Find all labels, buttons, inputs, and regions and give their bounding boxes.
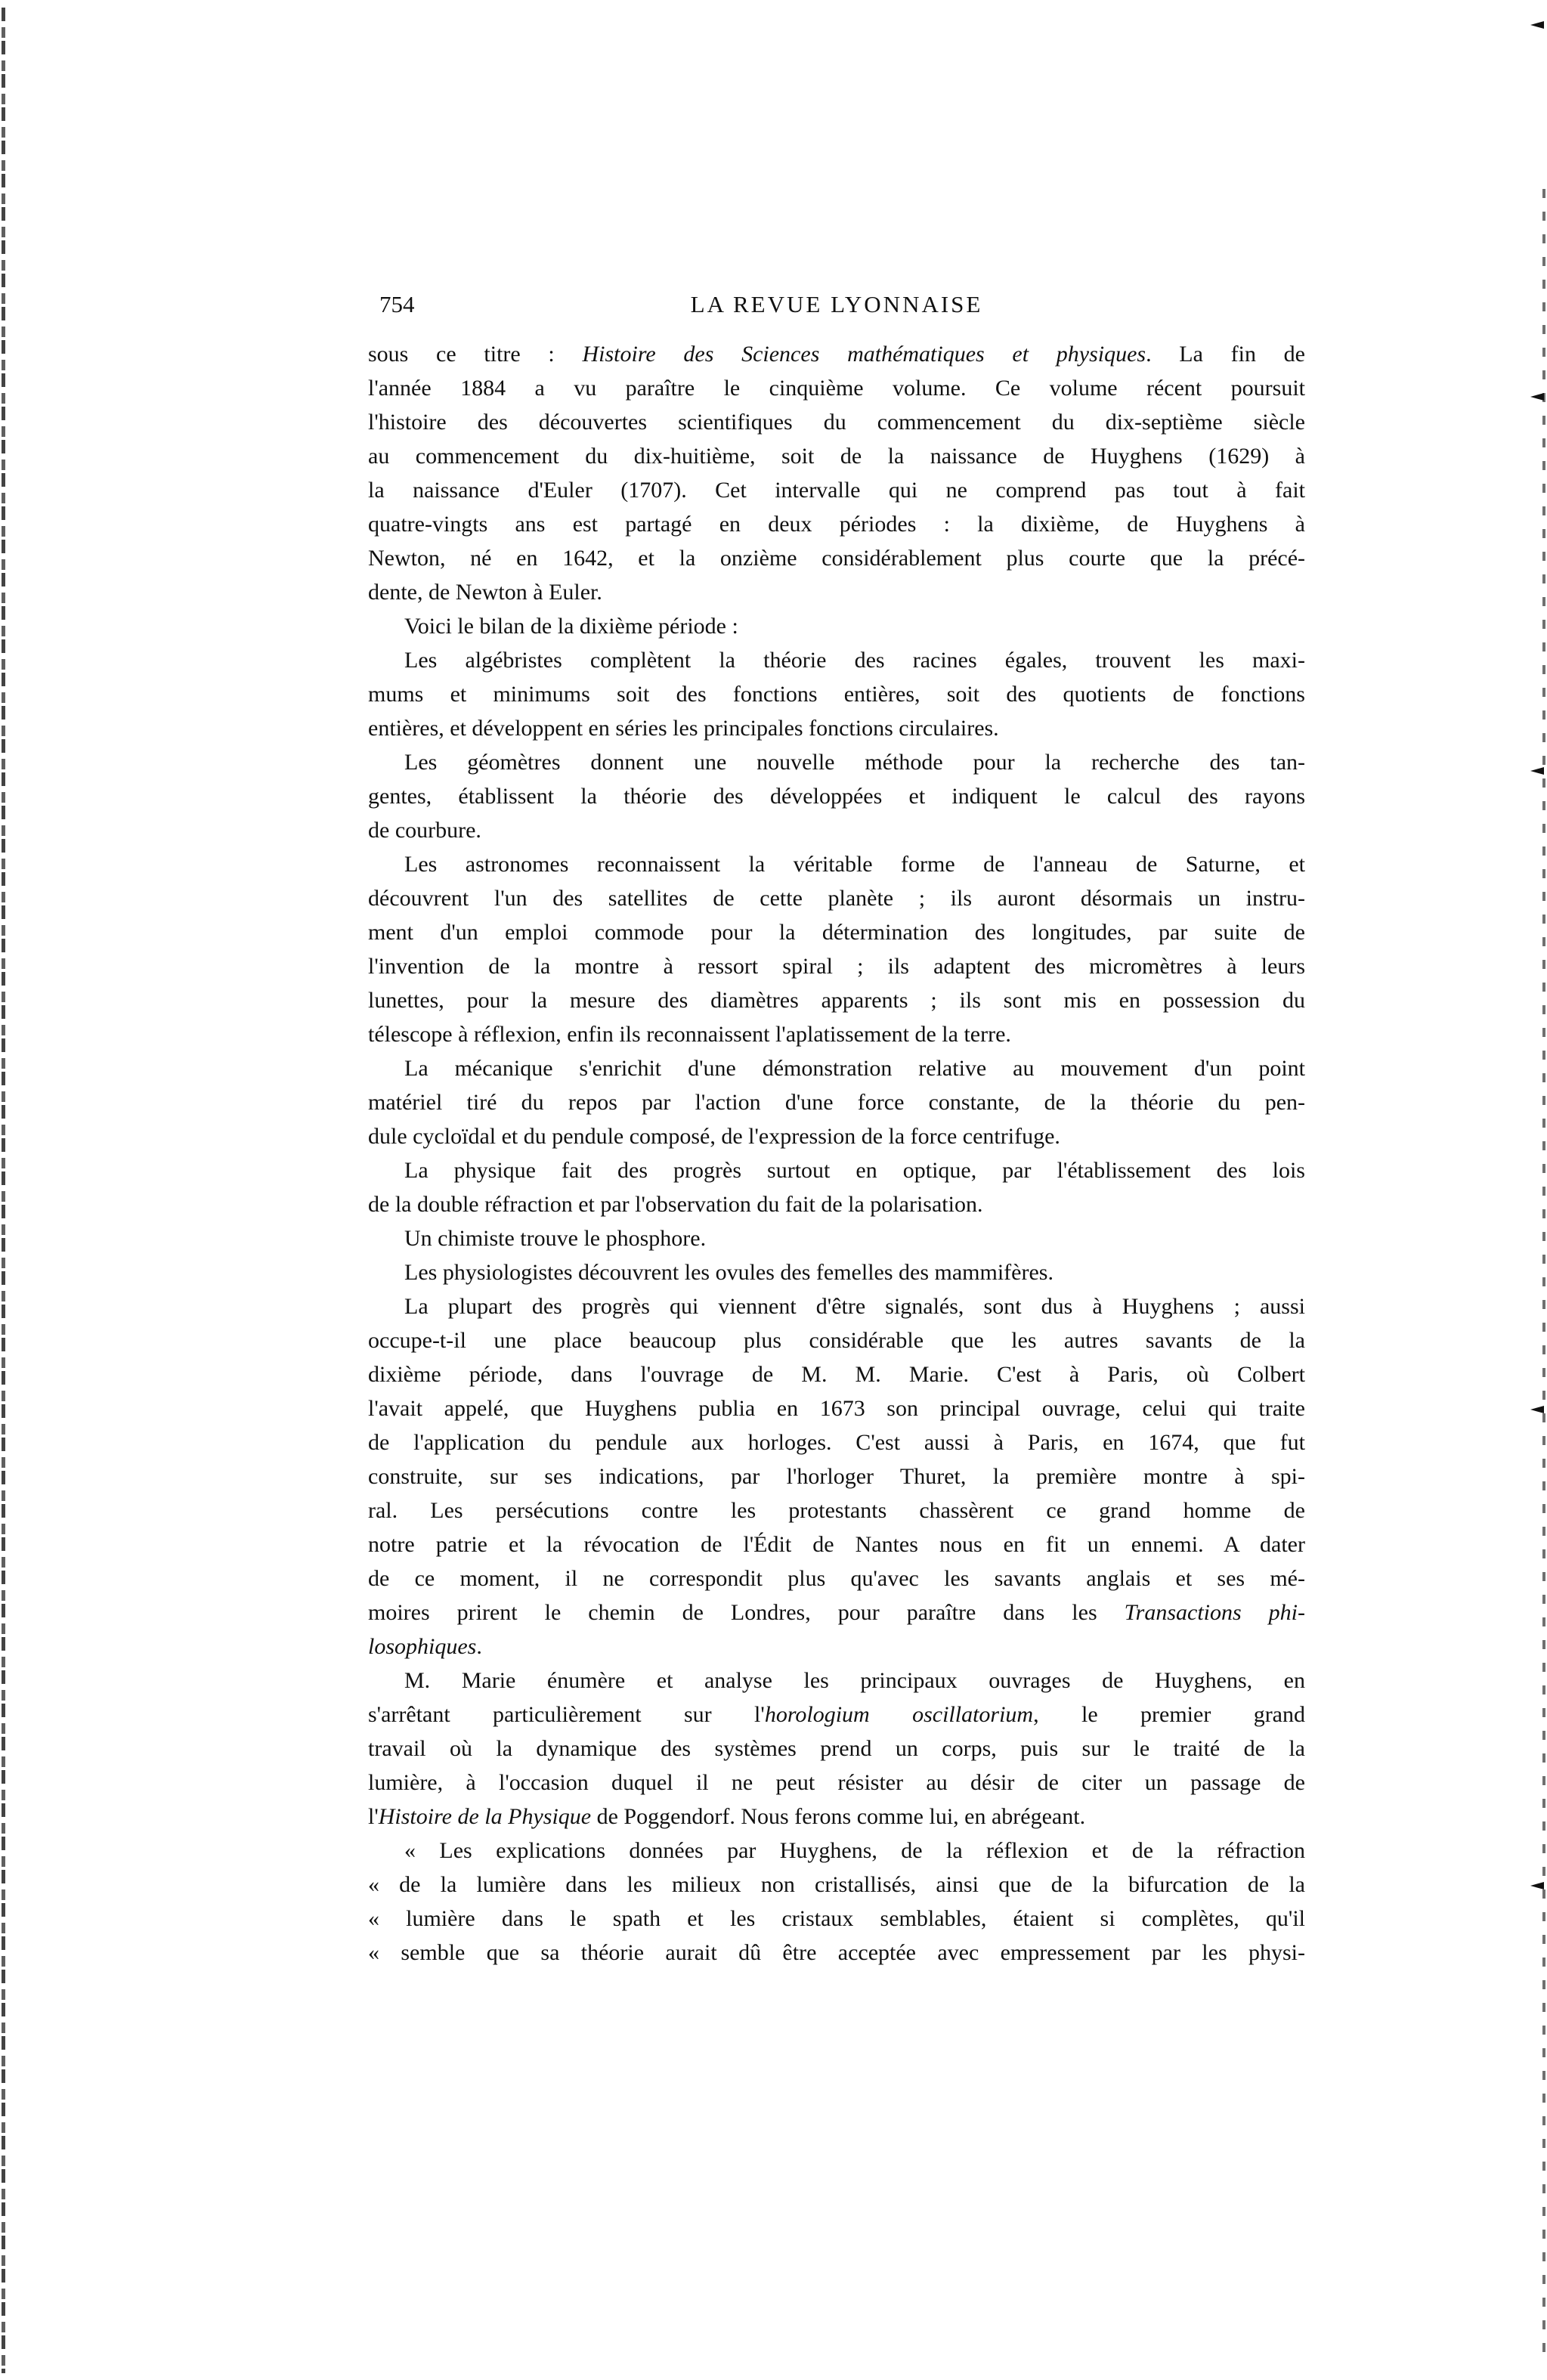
- text-line: l'histoire des découvertes scientifiques…: [368, 405, 1305, 439]
- text-line: de la double réfraction et par l'observa…: [368, 1187, 1305, 1221]
- text-line: construite, sur ses indications, par l'h…: [368, 1459, 1305, 1493]
- line-text: matériel tiré du repos par l'action d'un…: [368, 1090, 1305, 1115]
- text-line: la naissance d'Euler (1707). Cet interva…: [368, 473, 1305, 507]
- line-text: , le premier grand: [1033, 1702, 1305, 1727]
- line-text: travail où la dynamique des systèmes pre…: [368, 1736, 1305, 1761]
- text-line: Les physiologistes découvrent les ovules…: [368, 1255, 1305, 1289]
- text-line: notre patrie et la révocation de l'Édit …: [368, 1527, 1305, 1561]
- text-line: sous ce titre : Histoire des Sciences ma…: [368, 337, 1305, 371]
- text-line: entières, et développent en séries les p…: [368, 711, 1305, 745]
- text-line: dixième période, dans l'ouvrage de M. M.…: [368, 1357, 1305, 1391]
- line-text: quatre-vingts ans est partagé en deux pé…: [368, 512, 1305, 537]
- line-text: l'avait appelé, que Huyghens publia en 1…: [368, 1396, 1305, 1421]
- line-text: Voici le bilan de la dixième période :: [404, 614, 738, 639]
- line-text: gentes, établissent la théorie des dével…: [368, 784, 1305, 809]
- line-text: .: [476, 1634, 482, 1659]
- text-line: Voici le bilan de la dixième période :: [368, 609, 1305, 643]
- line-text: occupe-t-il une place beaucoup plus cons…: [368, 1328, 1305, 1353]
- line-text: Les géomètres donnent une nouvelle métho…: [404, 750, 1305, 775]
- scan-mark-icon: [1530, 1406, 1544, 1413]
- line-text: dixième période, dans l'ouvrage de M. M.…: [368, 1362, 1305, 1387]
- line-text: télescope à réflexion, enfin ils reconna…: [368, 1022, 1011, 1047]
- italic-title-text: losophiques: [368, 1634, 476, 1659]
- running-title: LA REVUE LYONNAISE: [368, 286, 1305, 323]
- line-text: « Les explications données par Huyghens,…: [404, 1838, 1305, 1863]
- line-text: dule cycloïdal et du pendule composé, de…: [368, 1124, 1060, 1149]
- text-line: Les astronomes reconnaissent la véritabl…: [368, 847, 1305, 881]
- text-line: de ce moment, il ne correspondit plus qu…: [368, 1561, 1305, 1595]
- line-text: moires prirent le chemin de Londres, pou…: [368, 1600, 1125, 1625]
- line-text: ral. Les persécutions contre les protest…: [368, 1498, 1305, 1523]
- text-line: dule cycloïdal et du pendule composé, de…: [368, 1119, 1305, 1153]
- scan-mark-icon: [1530, 767, 1544, 775]
- line-text: l'invention de la montre à ressort spira…: [368, 954, 1305, 979]
- text-line: de courbure.: [368, 813, 1305, 847]
- text-line: La mécanique s'enrichit d'une démonstrat…: [368, 1051, 1305, 1085]
- text-line: lunettes, pour la mesure des diamètres a…: [368, 983, 1305, 1017]
- line-text: au commencement du dix-huitième, soit de…: [368, 444, 1305, 469]
- text-line: La plupart des progrès qui viennent d'êt…: [368, 1289, 1305, 1323]
- text-line: l'avait appelé, que Huyghens publia en 1…: [368, 1391, 1305, 1425]
- scan-mark-icon: [1530, 1882, 1544, 1889]
- line-text: mums et minimums soit des fonctions enti…: [368, 682, 1305, 707]
- text-line: La physique fait des progrès surtout en …: [368, 1153, 1305, 1187]
- text-line: M. Marie énumère et analyse les principa…: [368, 1664, 1305, 1698]
- line-text: notre patrie et la révocation de l'Édit …: [368, 1532, 1305, 1557]
- line-text: Les algébristes complètent la théorie de…: [404, 648, 1305, 673]
- line-text: « lumière dans le spath et les cristaux …: [368, 1906, 1305, 1931]
- line-text: de Poggendorf. Nous ferons comme lui, en…: [591, 1804, 1085, 1829]
- text-line: Les géomètres donnent une nouvelle métho…: [368, 745, 1305, 779]
- line-text: lunettes, pour la mesure des diamètres a…: [368, 988, 1305, 1013]
- line-text: La mécanique s'enrichit d'une démonstrat…: [404, 1056, 1305, 1081]
- text-line: l'Histoire de la Physique de Poggendorf.…: [368, 1800, 1305, 1834]
- line-text: M. Marie énumère et analyse les principa…: [404, 1668, 1305, 1693]
- line-text: construite, sur ses indications, par l'h…: [368, 1464, 1305, 1489]
- line-text: de l'application du pendule aux horloges…: [368, 1430, 1305, 1455]
- text-line: « de la lumière dans les milieux non cri…: [368, 1868, 1305, 1902]
- line-text: de courbure.: [368, 818, 481, 843]
- text-line: « Les explications données par Huyghens,…: [368, 1834, 1305, 1868]
- text-line: télescope à réflexion, enfin ils reconna…: [368, 1017, 1305, 1051]
- line-text: Un chimiste trouve le phosphore.: [404, 1226, 706, 1251]
- line-text: « semble que sa théorie aurait dû être a…: [368, 1940, 1305, 1965]
- line-text: de ce moment, il ne correspondit plus qu…: [368, 1566, 1305, 1591]
- line-text: . La fin de: [1146, 342, 1305, 367]
- line-text: entières, et développent en séries les p…: [368, 716, 999, 741]
- italic-title-text: horologium oscillatorium: [765, 1702, 1033, 1727]
- body-text: sous ce titre : Histoire des Sciences ma…: [368, 337, 1305, 1970]
- text-line: « lumière dans le spath et les cristaux …: [368, 1902, 1305, 1936]
- text-line: Les algébristes complètent la théorie de…: [368, 643, 1305, 677]
- scan-edge-left-artifact: [2, 8, 5, 2373]
- line-text: Les physiologistes découvrent les ovules…: [404, 1260, 1054, 1285]
- text-line: occupe-t-il une place beaucoup plus cons…: [368, 1323, 1305, 1357]
- text-line: Newton, né en 1642, et la onzième consid…: [368, 541, 1305, 575]
- text-line: au commencement du dix-huitième, soit de…: [368, 439, 1305, 473]
- text-line: moires prirent le chemin de Londres, pou…: [368, 1595, 1305, 1629]
- line-text: La plupart des progrès qui viennent d'êt…: [404, 1294, 1305, 1319]
- italic-title-text: Transactions phi-: [1125, 1600, 1305, 1625]
- text-line: ment d'un emploi commode pour la détermi…: [368, 915, 1305, 949]
- text-line: l'invention de la montre à ressort spira…: [368, 949, 1305, 983]
- text-line: losophiques.: [368, 1629, 1305, 1664]
- line-text: La physique fait des progrès surtout en …: [404, 1158, 1305, 1183]
- line-text: l': [368, 1804, 379, 1829]
- text-line: découvrent l'un des satellites de cette …: [368, 881, 1305, 915]
- text-line: l'année 1884 a vu paraître le cinquième …: [368, 371, 1305, 405]
- scan-mark-icon: [1530, 21, 1544, 29]
- line-text: sous ce titre :: [368, 342, 582, 367]
- text-line: gentes, établissent la théorie des dével…: [368, 779, 1305, 813]
- text-line: « semble que sa théorie aurait dû être a…: [368, 1936, 1305, 1970]
- text-line: matériel tiré du repos par l'action d'un…: [368, 1085, 1305, 1119]
- scan-mark-icon: [1530, 393, 1544, 401]
- text-line: de l'application du pendule aux horloges…: [368, 1425, 1305, 1459]
- line-text: dente, de Newton à Euler.: [368, 580, 602, 605]
- line-text: « de la lumière dans les milieux non cri…: [368, 1872, 1305, 1897]
- line-text: Newton, né en 1642, et la onzième consid…: [368, 546, 1305, 571]
- page-header: 754 LA REVUE LYONNAISE: [368, 286, 1305, 323]
- text-line: lumière, à l'occasion duquel il ne peut …: [368, 1766, 1305, 1800]
- italic-title-text: Histoire des Sciences mathématiques et p…: [582, 342, 1146, 367]
- line-text: s'arrêtant particulièrement sur l': [368, 1702, 765, 1727]
- line-text: la naissance d'Euler (1707). Cet interva…: [368, 478, 1305, 503]
- text-line: quatre-vingts ans est partagé en deux pé…: [368, 507, 1305, 541]
- line-text: ment d'un emploi commode pour la détermi…: [368, 920, 1305, 945]
- line-text: Les astronomes reconnaissent la véritabl…: [404, 852, 1305, 877]
- italic-title-text: Histoire de la Physique: [379, 1804, 591, 1829]
- line-text: de la double réfraction et par l'observa…: [368, 1192, 982, 1217]
- text-line: dente, de Newton à Euler.: [368, 575, 1305, 609]
- line-text: l'histoire des découvertes scientifiques…: [368, 410, 1305, 435]
- text-line: ral. Les persécutions contre les protest…: [368, 1493, 1305, 1527]
- text-line: s'arrêtant particulièrement sur l'horolo…: [368, 1698, 1305, 1732]
- scan-edge-right-artifact: [1542, 189, 1545, 2366]
- text-line: Un chimiste trouve le phosphore.: [368, 1221, 1305, 1255]
- line-text: lumière, à l'occasion duquel il ne peut …: [368, 1770, 1305, 1795]
- text-line: mums et minimums soit des fonctions enti…: [368, 677, 1305, 711]
- line-text: l'année 1884 a vu paraître le cinquième …: [368, 376, 1305, 401]
- line-text: découvrent l'un des satellites de cette …: [368, 886, 1305, 911]
- text-line: travail où la dynamique des systèmes pre…: [368, 1732, 1305, 1766]
